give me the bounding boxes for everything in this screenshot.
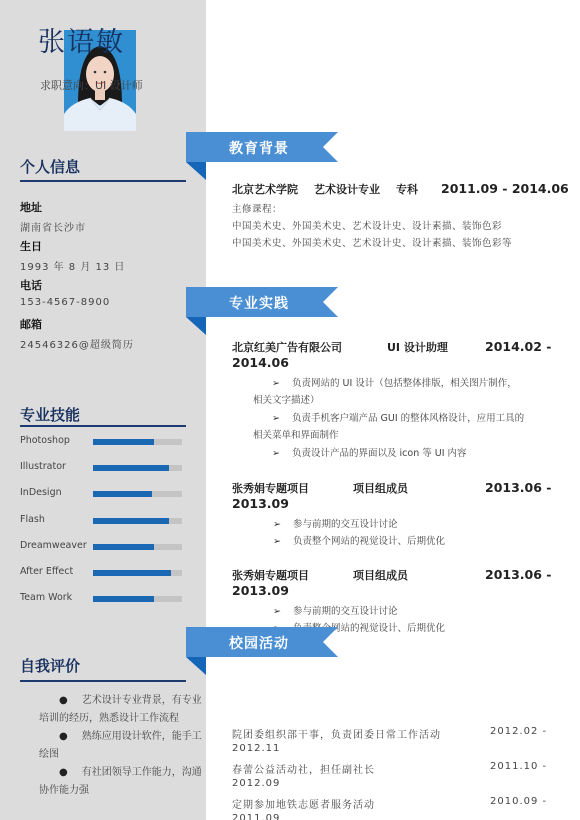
job-org: 北京红美广告有限公司 xyxy=(232,339,342,355)
section-banner-practice: 专业实践 xyxy=(186,287,338,317)
skill-row: After Effect xyxy=(20,566,186,580)
job-role: 项目组成员 xyxy=(353,480,408,496)
candidate-name: 张语敏 xyxy=(38,20,125,59)
skill-bar-track xyxy=(93,596,182,602)
skill-row: Flash xyxy=(20,514,186,528)
campus-heading: 校园活动 xyxy=(229,633,289,653)
job-role: UI 设计助理 xyxy=(387,339,448,355)
skill-name: Photoshop xyxy=(20,435,70,446)
self-eval-list: ●艺术设计专业背景，有专业培训的经历，熟悉设计工作流程 ●熟练应用设计软件，能手… xyxy=(40,692,202,800)
job-end: 2014.06 xyxy=(232,355,289,370)
activity-text: 院团委组织部干事，负责团委日常工作活动 xyxy=(232,726,441,741)
job-end: 2013.09 xyxy=(232,583,289,598)
job-start: 2013.06 - xyxy=(485,567,551,582)
job-org: 张秀娟专题项目 xyxy=(232,567,309,583)
activity-end: 2012.11 xyxy=(232,743,280,754)
arrow-bullet-icon: ➢ xyxy=(272,448,292,459)
skill-bar-track xyxy=(93,465,182,471)
job-role: 项目组成员 xyxy=(353,567,408,583)
section-divider xyxy=(20,425,186,427)
job-bullet: ➢负责设计产品的界面以及 icon 等 UI 内容 xyxy=(272,445,467,459)
job-bullet-cont: 相关菜单和界面制作 xyxy=(253,427,339,441)
job-bullet: ➢负责手机客户端产品 GUI 的整体风格设计，应用工具的 xyxy=(272,410,524,424)
skill-name: InDesign xyxy=(20,487,62,498)
job-target: 求职意向：UI 设计师 xyxy=(40,77,143,93)
activity-start: 2011.10 - xyxy=(490,761,547,772)
sidebar: 个人信息 地址 湖南省长沙市 生日 1993 年 8 月 13 日 电话 153… xyxy=(0,0,206,820)
school-name: 北京艺术学院 xyxy=(232,181,298,197)
skill-bar-fill xyxy=(93,570,171,576)
skill-row: Team Work xyxy=(20,592,186,606)
skill-bar-fill xyxy=(93,596,154,602)
practice-heading: 专业实践 xyxy=(229,293,289,313)
skill-name: After Effect xyxy=(20,566,73,577)
activity-end: 2011.09 xyxy=(232,813,280,820)
courses-line: 中国美术史、外国美术史、艺术设计史、设计素描、装饰色彩等 xyxy=(232,235,512,249)
section-banner-campus: 校园活动 xyxy=(186,627,338,657)
skill-bar-fill xyxy=(93,518,169,524)
job-bullet: ➢参与前期的交互设计讨论 xyxy=(273,603,398,617)
job-start: 2014.02 - xyxy=(485,339,551,354)
self-eval-item: ●有社团领导工作能力，沟通协作能力强 xyxy=(39,764,202,800)
section-divider xyxy=(20,180,186,182)
skill-bar-track xyxy=(93,491,182,497)
birthday-value: 1993 年 8 月 13 日 xyxy=(20,258,125,273)
bullet-dot-icon: ● xyxy=(59,695,68,706)
phone-label: 电话 xyxy=(20,277,42,293)
activity-text: 定期参加地铁志愿者服务活动 xyxy=(232,796,375,811)
email-value: 24546326@超级简历 xyxy=(20,336,134,351)
activity-start: 2012.02 - xyxy=(490,726,547,737)
skill-bar-track xyxy=(93,544,182,550)
education-heading: 教育背景 xyxy=(229,138,289,158)
job-org: 张秀娟专题项目 xyxy=(232,480,309,496)
arrow-bullet-icon: ➢ xyxy=(272,378,292,389)
skill-name: Dreamweaver xyxy=(20,540,87,551)
courses-label: 主修课程： xyxy=(232,201,282,215)
skill-row: InDesign xyxy=(20,487,186,501)
skill-bar-track xyxy=(93,439,182,445)
job-bullet: ➢参与前期的交互设计讨论 xyxy=(273,516,398,530)
activity-start: 2010.09 - xyxy=(490,796,547,807)
job-start: 2013.06 - xyxy=(485,480,551,495)
section-divider xyxy=(20,680,186,682)
skill-name: Flash xyxy=(20,514,45,525)
activity-end: 2012.09 xyxy=(232,778,280,789)
activity-text: 春蕾公益活动社，担任副社长 xyxy=(232,761,375,776)
arrow-bullet-icon: ➢ xyxy=(273,606,293,617)
email-label: 邮箱 xyxy=(20,316,42,332)
job-bullet: ➢负责整个网站的视觉设计、后期优化 xyxy=(273,533,445,547)
bullet-dot-icon: ● xyxy=(59,731,68,742)
education-period: 2011.09 - 2014.06 xyxy=(441,181,569,196)
skill-name: Team Work xyxy=(20,592,72,603)
skill-bar-track xyxy=(93,570,182,576)
arrow-bullet-icon: ➢ xyxy=(273,519,293,530)
phone-value: 153-4567-8900 xyxy=(20,297,110,308)
job-bullet-cont: 相关文字描述） xyxy=(253,392,320,406)
job-bullet: ➢负责网站的 UI 设计（包括整体排版，相关图片制作， xyxy=(272,375,517,389)
bullet-dot-icon: ● xyxy=(59,767,68,778)
self-eval-item: ●熟练应用设计软件，能手工绘图 xyxy=(39,728,202,764)
arrow-bullet-icon: ➢ xyxy=(272,413,292,424)
address-value: 湖南省长沙市 xyxy=(20,219,86,234)
arrow-bullet-icon: ➢ xyxy=(273,536,293,547)
section-banner-education: 教育背景 xyxy=(186,132,338,162)
courses-line: 中国美术史、外国美术史、艺术设计史、设计素描、装饰色彩 xyxy=(232,218,502,232)
skill-bar-fill xyxy=(93,491,152,497)
personal-info-heading: 个人信息 xyxy=(20,156,80,177)
skill-bar-fill xyxy=(93,544,154,550)
address-label: 地址 xyxy=(20,199,42,215)
major: 艺术设计专业 xyxy=(314,181,380,197)
skill-bar-fill xyxy=(93,465,169,471)
job-end: 2013.09 xyxy=(232,496,289,511)
skill-bar-track xyxy=(93,518,182,524)
self-eval-item: ●艺术设计专业背景，有专业培训的经历，熟悉设计工作流程 xyxy=(39,692,202,728)
skill-name: Illustrator xyxy=(20,461,66,472)
birthday-label: 生日 xyxy=(20,238,42,254)
skills-heading: 专业技能 xyxy=(20,404,80,425)
skill-bar-fill xyxy=(93,439,154,445)
skill-row: Photoshop xyxy=(20,435,186,449)
self-eval-heading: 自我评价 xyxy=(20,655,80,676)
skill-row: Dreamweaver xyxy=(20,540,186,554)
skill-row: Illustrator xyxy=(20,461,186,475)
degree: 专科 xyxy=(396,181,418,197)
